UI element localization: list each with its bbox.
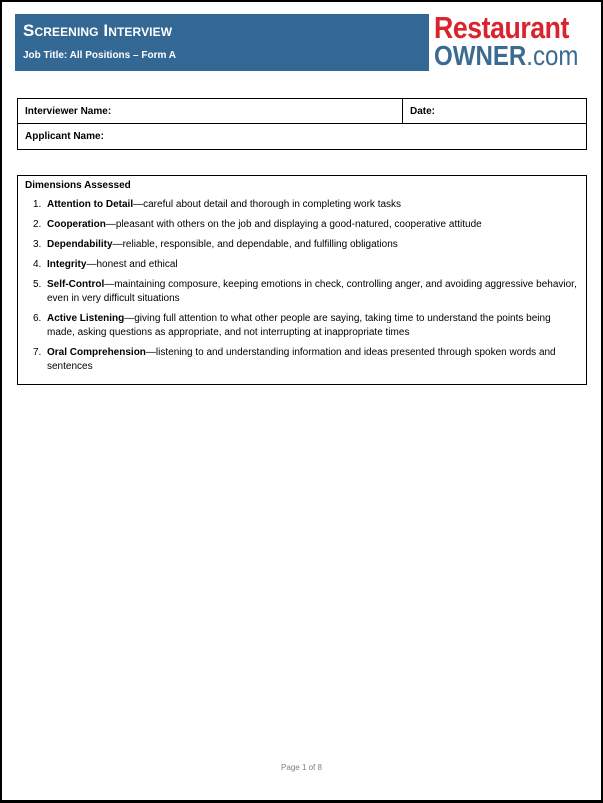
dimension-description: —reliable, responsible, and dependable, … bbox=[113, 239, 398, 250]
dimension-description: —careful about detail and thorough in co… bbox=[133, 199, 401, 210]
dimensions-heading: Dimensions Assessed bbox=[25, 179, 131, 192]
header-banner: Screening Interview Job Title: All Posit… bbox=[15, 14, 429, 71]
restaurant-owner-logo: Restaurant OWNER.com bbox=[434, 12, 594, 74]
dimension-term: Oral Comprehension bbox=[47, 347, 146, 358]
date-label: Date: bbox=[410, 106, 435, 117]
item-number: 6. bbox=[33, 312, 41, 326]
list-item: 4.Integrity—honest and ethical bbox=[18, 258, 586, 272]
logo-com-text: .com bbox=[526, 40, 578, 71]
interviewer-name-field[interactable]: Interviewer Name: bbox=[18, 99, 403, 123]
list-item: 5.Self-Control—maintaining composure, ke… bbox=[18, 278, 586, 306]
list-item: 2.Cooperation—pleasant with others on th… bbox=[18, 218, 586, 232]
list-item: 7.Oral Comprehension—listening to and un… bbox=[18, 346, 586, 374]
interviewer-name-label: Interviewer Name: bbox=[25, 106, 111, 117]
dimensions-list: 1.Attention to Detail—careful about deta… bbox=[18, 198, 586, 380]
dimensions-assessed-box: Dimensions Assessed 1.Attention to Detai… bbox=[17, 175, 587, 385]
list-item: 6.Active Listening—giving full attention… bbox=[18, 312, 586, 340]
document-page: Screening Interview Job Title: All Posit… bbox=[0, 0, 603, 803]
logo-owner-text: OWNER bbox=[434, 40, 526, 71]
job-title-subtitle: Job Title: All Positions – Form A bbox=[23, 50, 176, 62]
item-number: 4. bbox=[33, 258, 41, 272]
logo-line-owner: OWNER.com bbox=[434, 41, 578, 71]
item-number: 5. bbox=[33, 278, 41, 292]
date-field[interactable]: Date: bbox=[403, 99, 586, 123]
dimension-description: —honest and ethical bbox=[86, 259, 177, 270]
list-item: 1.Attention to Detail—careful about deta… bbox=[18, 198, 586, 212]
info-row-interviewer: Interviewer Name: Date: bbox=[18, 99, 586, 124]
page-number: Page 1 of 8 bbox=[2, 763, 601, 772]
document-title: Screening Interview bbox=[23, 22, 172, 40]
dimension-term: Self-Control bbox=[47, 279, 104, 290]
item-number: 1. bbox=[33, 198, 41, 212]
dimension-term: Integrity bbox=[47, 259, 86, 270]
dimension-term: Active Listening bbox=[47, 313, 124, 324]
item-number: 2. bbox=[33, 218, 41, 232]
applicant-name-label: Applicant Name: bbox=[25, 131, 104, 142]
dimension-description: —pleasant with others on the job and dis… bbox=[106, 219, 482, 230]
dimension-term: Attention to Detail bbox=[47, 199, 133, 210]
dimension-description: —maintaining composure, keeping emotions… bbox=[47, 279, 577, 304]
interview-info-table: Interviewer Name: Date: Applicant Name: bbox=[17, 98, 587, 150]
dimension-term: Dependability bbox=[47, 239, 113, 250]
list-item: 3.Dependability—reliable, responsible, a… bbox=[18, 238, 586, 252]
dimension-term: Cooperation bbox=[47, 219, 106, 230]
item-number: 7. bbox=[33, 346, 41, 360]
applicant-name-field[interactable]: Applicant Name: bbox=[18, 124, 586, 149]
info-row-applicant: Applicant Name: bbox=[18, 124, 586, 149]
item-number: 3. bbox=[33, 238, 41, 252]
